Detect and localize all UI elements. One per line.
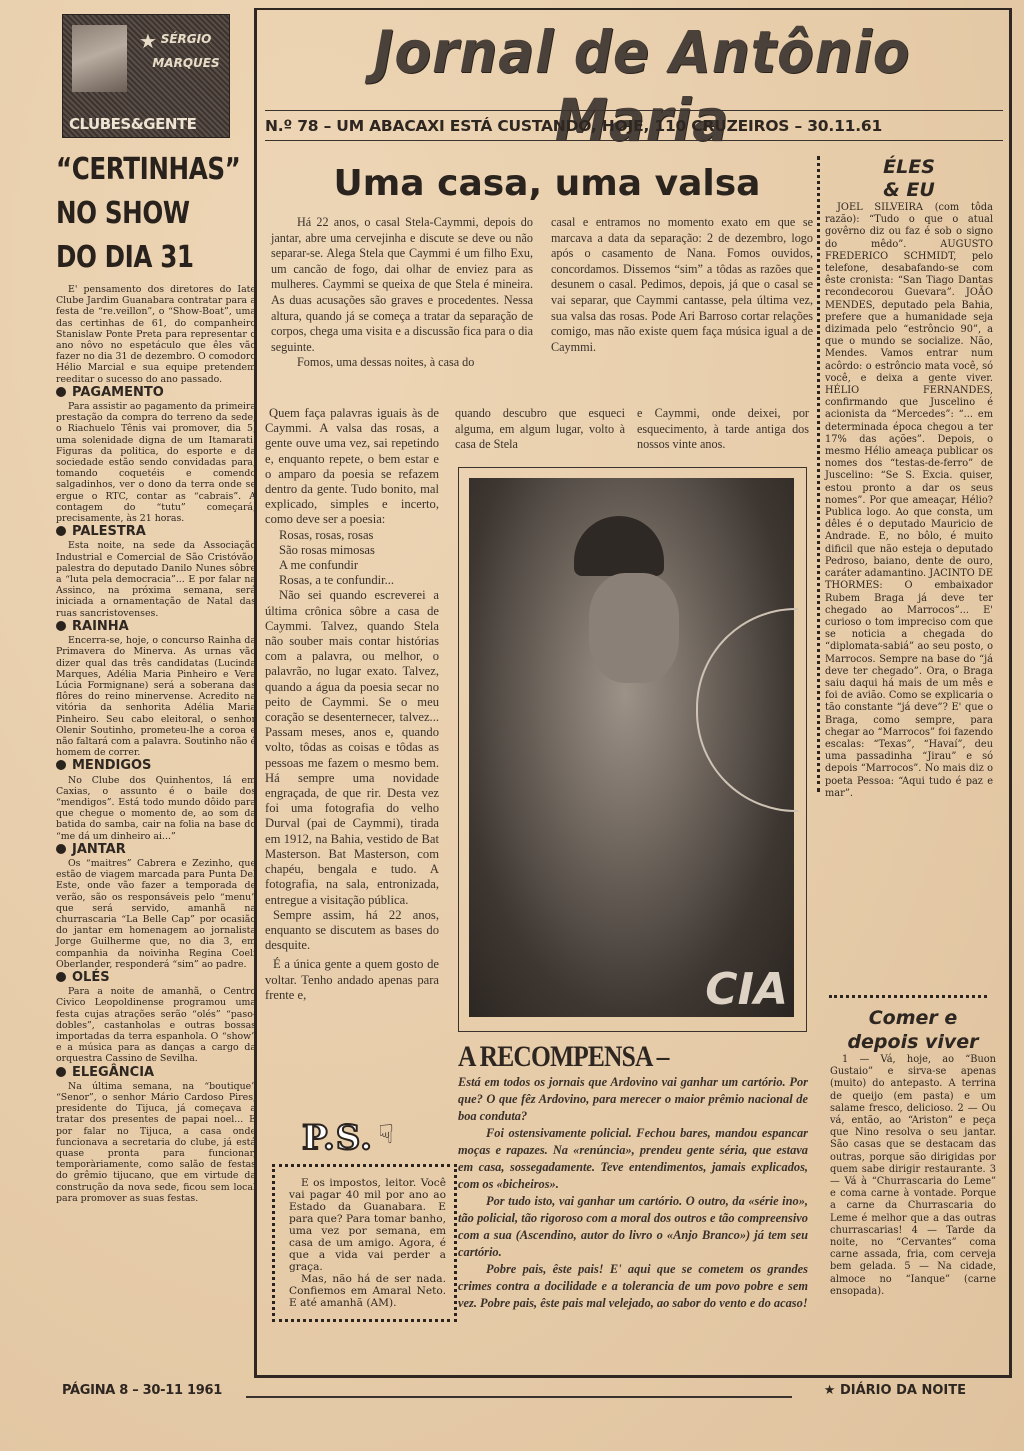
paragraph: Para a noite de amanhã, o Centro Civico … [56, 986, 256, 1064]
paragraph: Encerra-se, hoje, o concurso Rainha da P… [56, 635, 256, 758]
dotted-divider [817, 156, 820, 792]
pointing-hand-icon: ☟ [378, 1120, 394, 1150]
paragraph: casal e entramos no momento exato em que… [551, 215, 813, 355]
subhead-jantar: JANTAR [56, 844, 256, 855]
newspaper-name: DIÁRIO DA NOITE [840, 1383, 966, 1398]
comer-body: 1 — Vá, hoje, ao “Buon Gustaio” e sirva-… [830, 1054, 996, 1298]
dotted-divider [829, 995, 987, 998]
subhead-label: MENDIGOS [72, 758, 151, 773]
photo-image: CIA [469, 478, 794, 1017]
title-line: ÉLES [825, 156, 993, 179]
bullet-icon [56, 387, 66, 397]
author-name: SÉRGIO MARQUES [151, 27, 221, 75]
recompensa-article: A RECOMPENSA – Está em todos os jornais … [458, 1040, 808, 1312]
jornal-frame: Jornal de Antônio Maria N.º 78 – UM ABAC… [254, 8, 1012, 1378]
story-title: Uma casa, uma valsa [287, 163, 807, 204]
eles-e-eu-body: JOEL SILVEIRA (com tôda razão): “Tudo o … [825, 202, 993, 800]
eles-e-eu-column: ÉLES & EU JOEL SILVEIRA (com tôda razão)… [825, 156, 993, 800]
subhead-label: PALESTRA [72, 524, 146, 539]
paragraph: quando descubro que esqueci alguma, em a… [455, 406, 625, 453]
news-photo: CIA [458, 467, 807, 1032]
column-logo: ★ SÉRGIO MARQUES CLUBES&GENTE [62, 14, 230, 138]
issue-line: N.º 78 – UM ABACAXI ESTÁ CUSTANDO, HOJE,… [265, 110, 1003, 141]
intro-paragraph: E' pensamento dos diretores do Iate Club… [56, 284, 256, 385]
paragraph: Pobre pais, êste pais! E' aqui que se co… [458, 1261, 808, 1312]
page-footer-left: PÁGINA 8 – 30-11 1961 [62, 1383, 222, 1398]
subhead-oles: OLÉS [56, 972, 256, 983]
star-icon: ★ [824, 1383, 836, 1398]
comer-title: Comer e depois viver [830, 1006, 996, 1054]
paragraph: Há 22 anos, o casal Stela-Caymmi, depois… [271, 215, 533, 355]
bullet-icon [56, 526, 66, 536]
face-shape [589, 573, 679, 683]
clubes-gente-column: ★ SÉRGIO MARQUES CLUBES&GENTE “CERTINHAS… [56, 14, 256, 1204]
bullet-icon [56, 972, 66, 982]
left-headline: “CERTINHAS” NO SHOW DO DIA 31 [56, 148, 220, 280]
story-narrow-col-c: e Caymmi, onde deixei, por esquecimento,… [637, 406, 809, 453]
paragraph: Foi ostensivamente policial. Fechou bare… [458, 1125, 808, 1193]
author-photo [72, 25, 127, 92]
paragraph: Para assistir ao pagamento da primeira p… [56, 401, 256, 524]
paragraph: Quem faça palavras iguais às de Caymmi. … [265, 406, 439, 528]
recompensa-heading: A RECOMPENSA – [458, 1040, 669, 1074]
left-body: E' pensamento dos diretores do Iate Club… [56, 284, 256, 1204]
story-top-col-2: casal e entramos no momento exato em que… [551, 215, 813, 355]
subhead-label: JANTAR [72, 842, 126, 857]
verse-line: A me confundir [265, 558, 439, 573]
subhead-mendigos: MENDIGOS [56, 760, 256, 771]
bullet-icon [56, 621, 66, 631]
subhead-label: ELEGÂNCIA [72, 1065, 154, 1080]
paragraph: Mas, não há de ser nada. Confiemos em Am… [289, 1273, 446, 1309]
eles-e-eu-title: ÉLES & EU [825, 156, 993, 202]
story-narrow-col-a: Quem faça palavras iguais às de Caymmi. … [265, 406, 439, 1003]
paragraph: JOEL SILVEIRA (com tôda razão): “Tudo o … [825, 202, 993, 800]
bullet-icon [56, 1067, 66, 1077]
comer-column: Comer e depois viver 1 — Vá, hoje, ao “B… [830, 1006, 996, 1298]
verse-line: Rosas, rosas, rosas [265, 528, 439, 543]
paragraph: Não sei quando escreverei a última crôni… [265, 588, 439, 907]
subhead-label: PAGAMENTO [72, 385, 164, 400]
paragraph: Os “maitres” Cabrera e Zezinho, que estã… [56, 858, 256, 970]
subhead-pagamento: PAGAMENTO [56, 387, 256, 398]
ps-body: E os impostos, leitor. Você vai pagar 40… [272, 1164, 457, 1322]
bullet-icon [56, 844, 66, 854]
page-footer-right: ★ DIÁRIO DA NOITE [824, 1383, 966, 1398]
title-line: Comer e [830, 1006, 996, 1030]
story-narrow-col-b: quando descubro que esqueci alguma, em a… [455, 406, 625, 453]
paragraph: e Caymmi, onde deixei, por esquecimento,… [637, 406, 809, 453]
subhead-label: RAINHA [72, 619, 129, 634]
photo-caption-text: CIA [705, 964, 788, 1015]
headline-line: DO DIA 31 [56, 236, 220, 280]
subhead-rainha: RAINHA [56, 621, 256, 632]
title-line: depois viver [830, 1030, 996, 1054]
subhead-label: OLÉS [72, 970, 110, 985]
verse-line: Rosas, a te confundir... [265, 573, 439, 588]
ps-box: P.S. ☟ E os impostos, leitor. Você vai p… [272, 1118, 457, 1322]
subhead-elegancia: ELEGÂNCIA [56, 1067, 256, 1078]
paragraph: E os impostos, leitor. Você vai pagar 40… [289, 1177, 446, 1273]
bullet-icon [56, 760, 66, 770]
paragraph: No Clube dos Quinhentos, lá em Caxias, o… [56, 775, 256, 842]
headline-line: “CERTINHAS” [56, 148, 220, 192]
paragraph: 1 — Vá, hoje, ao “Buon Gustaio” e sirva-… [830, 1054, 996, 1298]
story-top-col-1: Há 22 anos, o casal Stela-Caymmi, depois… [271, 215, 533, 371]
headline-line: NO SHOW [56, 192, 220, 236]
paragraph: Por tudo isto, vai ganhar um cartório. O… [458, 1193, 808, 1261]
paragraph: É a única gente a quem gosto de voltar. … [265, 957, 439, 1003]
title-line: & EU [825, 179, 993, 202]
footer-rule [246, 1396, 792, 1398]
verse-line: São rosas mimosas [265, 543, 439, 558]
section-name: CLUBES&GENTE [69, 115, 196, 133]
disc-shape [696, 608, 798, 812]
ps-title: P.S. [302, 1118, 373, 1158]
paragraph: Esta noite, na sede da Associação Indust… [56, 540, 256, 618]
subhead-palestra: PALESTRA [56, 526, 256, 537]
paragraph: Sempre assim, há 22 anos, enquanto se di… [265, 908, 439, 954]
paragraph: Está em todos os jornais que Ardovino va… [458, 1074, 808, 1125]
police-cap-shape [574, 516, 664, 576]
recompensa-body: Está em todos os jornais que Ardovino va… [458, 1074, 808, 1312]
paragraph: Na última semana, na “boutique” “Senor”,… [56, 1081, 256, 1204]
paragraph: Fomos, uma dessas noites, à casa do [271, 355, 533, 371]
